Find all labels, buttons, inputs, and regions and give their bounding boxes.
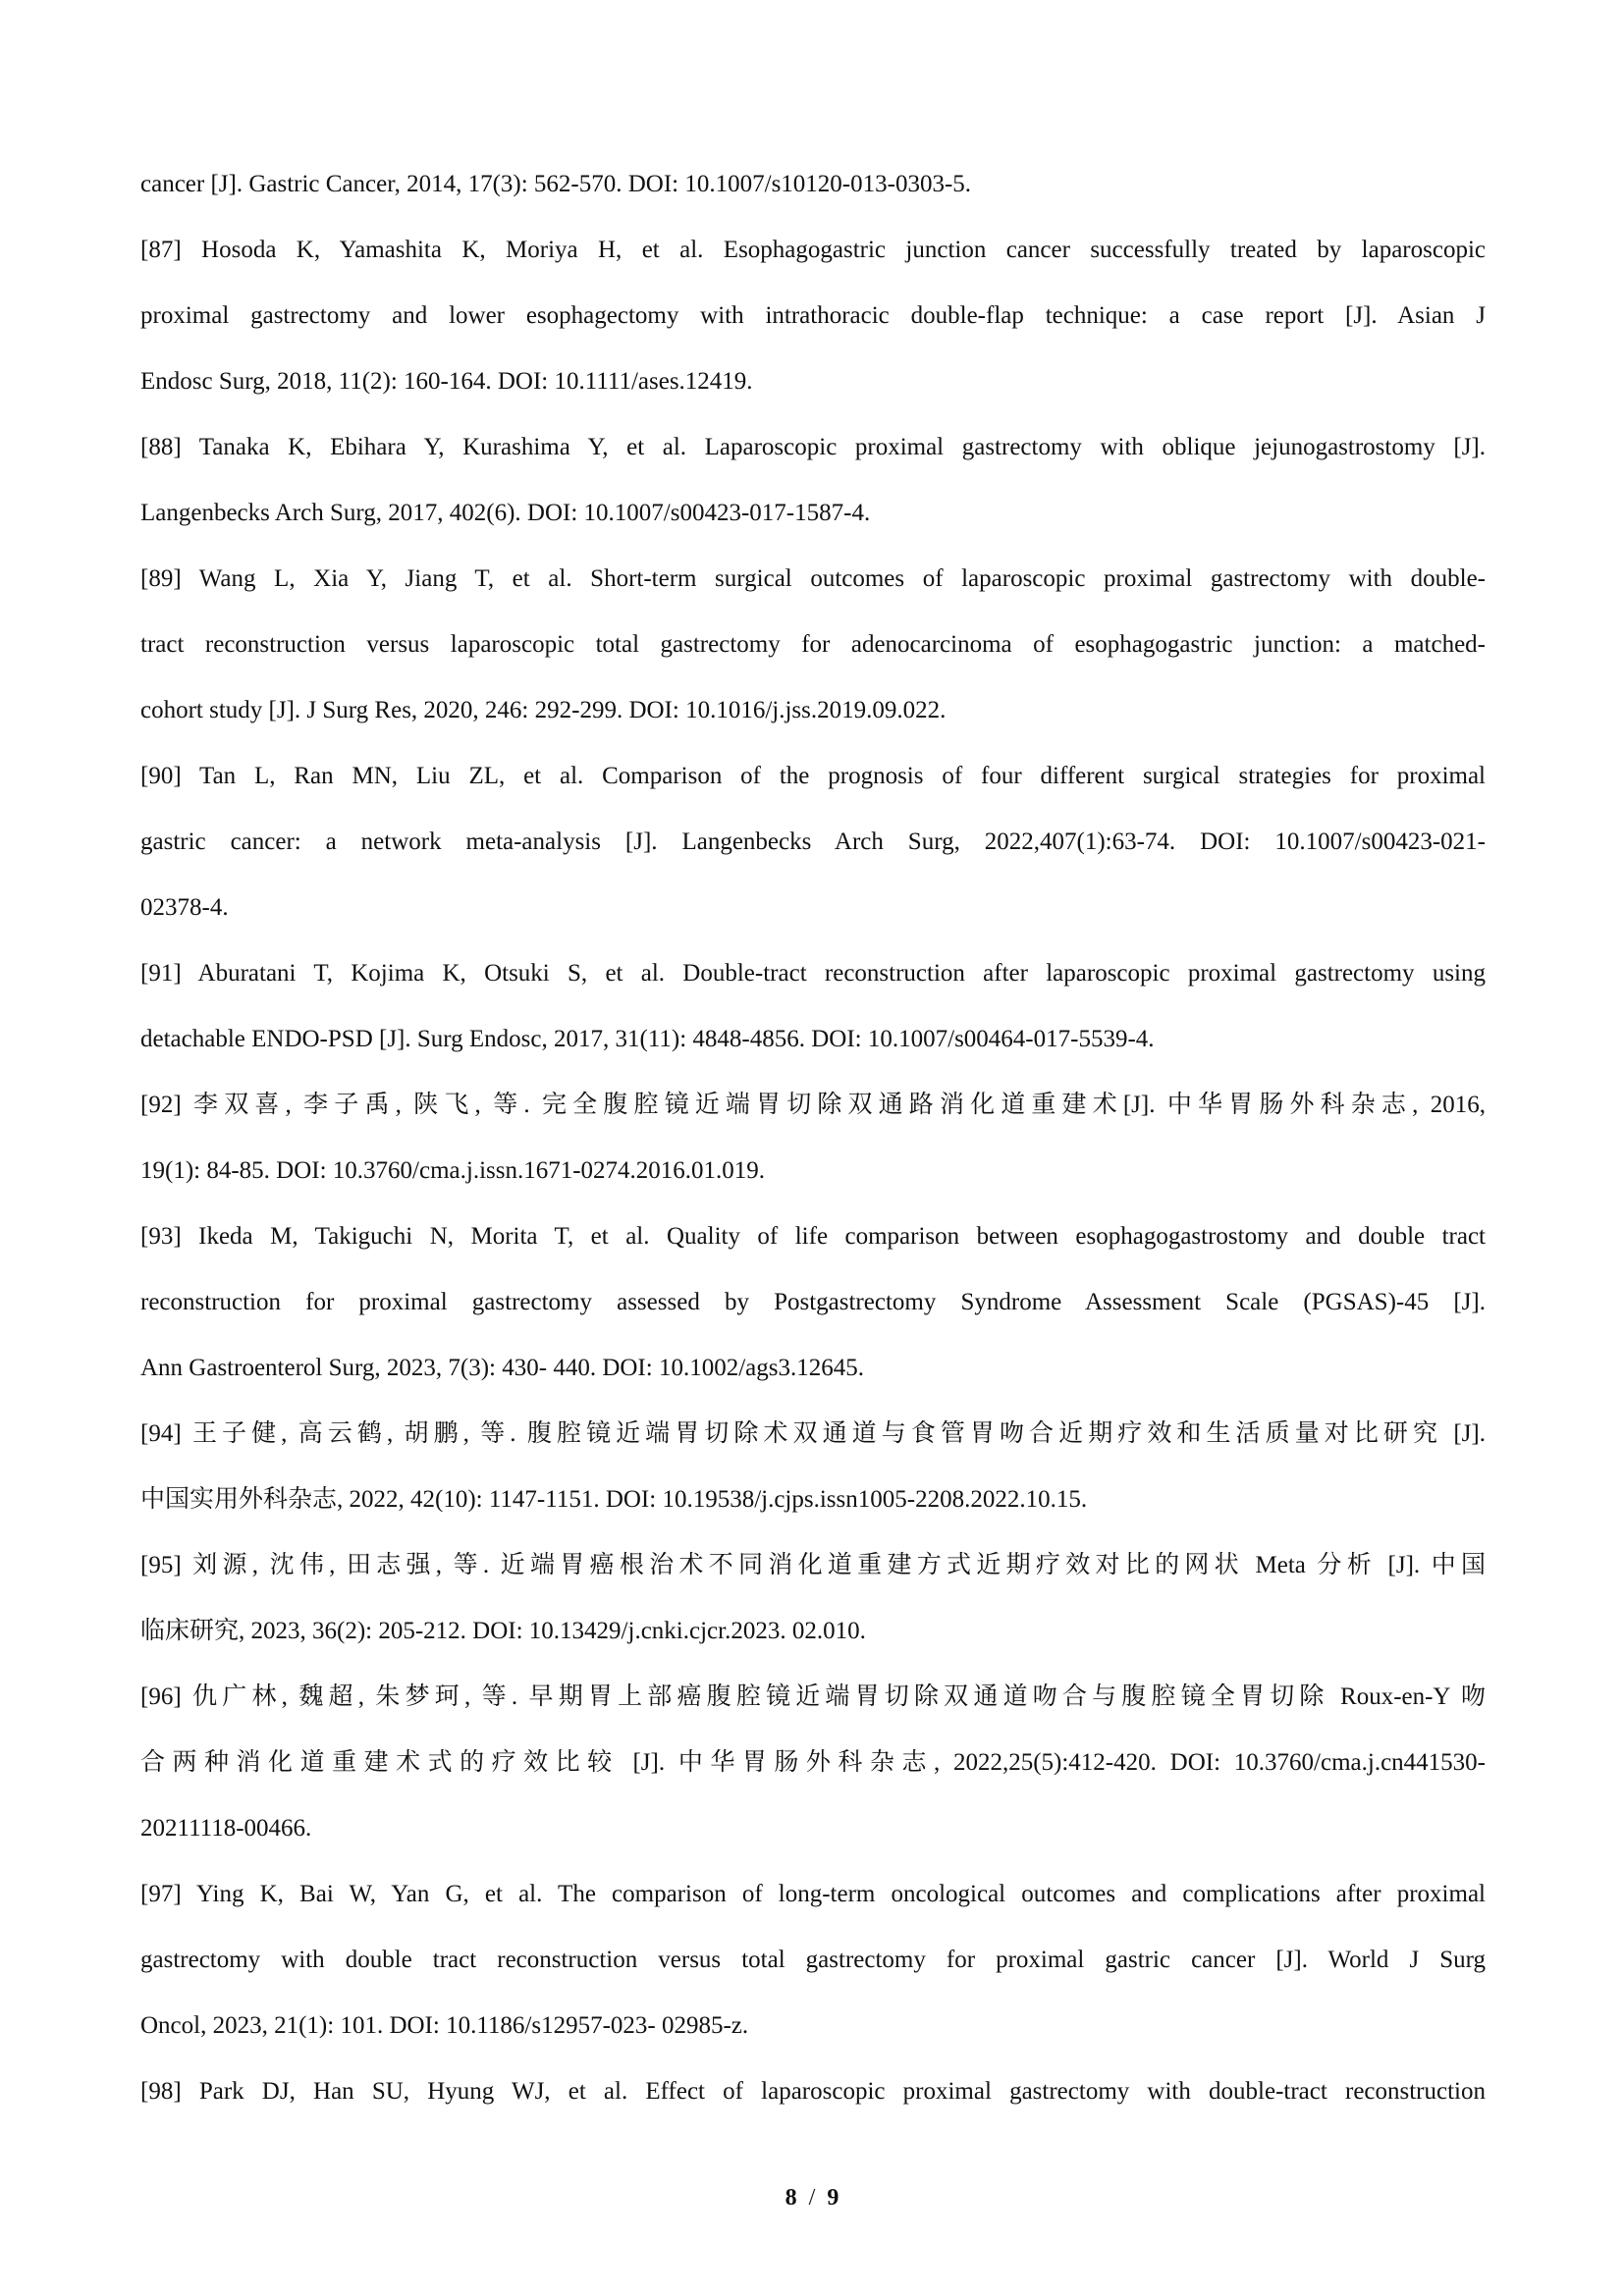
reference-list: cancer [J]. Gastric Cancer, 2014, 17(3):… <box>140 165 1486 2138</box>
page-total: 9 <box>827 2185 839 2211</box>
reference-text: gastrectomy with double tract reconstruc… <box>140 1941 1486 1980</box>
reference-text: [95] 刘源, 沈伟, 田志强, 等. 近端胃癌根治术不同消化道重建方式近期疗… <box>140 1546 1486 1585</box>
reference-line: proximal gastrectomy and lower esophagec… <box>140 296 1486 362</box>
document-page: cancer [J]. Gastric Cancer, 2014, 17(3):… <box>0 0 1624 2296</box>
reference-text: [96] 仇广林, 魏超, 朱梦珂, 等. 早期胃上部癌腹腔镜近端胃切除双通道吻… <box>140 1678 1486 1717</box>
reference-line: [87] Hosoda K, Yamashita K, Moriya H, et… <box>140 231 1486 296</box>
reference-line: 中国实用外科杂志, 2022, 42(10): 1147-1151. DOI: … <box>140 1480 1486 1546</box>
reference-text: Ann Gastroenterol Surg, 2023, 7(3): 430-… <box>140 1349 1486 1388</box>
reference-line: reconstruction for proximal gastrectomy … <box>140 1283 1486 1349</box>
page-current: 8 <box>785 2185 797 2211</box>
reference-text: tract reconstruction versus laparoscopic… <box>140 625 1486 665</box>
reference-text: 02378-4. <box>140 888 1486 928</box>
reference-text: [89] Wang L, Xia Y, Jiang T, et al. Shor… <box>140 560 1486 599</box>
reference-text: [92] 李双喜, 李子禹, 陕飞, 等. 完全腹腔镜近端胃切除双通路消化道重建… <box>140 1086 1486 1125</box>
reference-line: 20211118-00466. <box>140 1809 1486 1875</box>
reference-line: [96] 仇广林, 魏超, 朱梦珂, 等. 早期胃上部癌腹腔镜近端胃切除双通道吻… <box>140 1678 1486 1743</box>
reference-line: 合两种消化道重建术式的疗效比较 [J]. 中华胃肠外科杂志, 2022,25(5… <box>140 1743 1486 1809</box>
reference-text: cohort study [J]. J Surg Res, 2020, 246:… <box>140 691 1486 730</box>
reference-text: [87] Hosoda K, Yamashita K, Moriya H, et… <box>140 231 1486 270</box>
reference-line: gastric cancer: a network meta-analysis … <box>140 823 1486 888</box>
page-separator: / <box>809 2185 816 2211</box>
reference-text: 中国实用外科杂志, 2022, 42(10): 1147-1151. DOI: … <box>140 1480 1486 1520</box>
reference-line: detachable ENDO-PSD [J]. Surg Endosc, 20… <box>140 1020 1486 1086</box>
reference-line: tract reconstruction versus laparoscopic… <box>140 625 1486 691</box>
reference-line: cancer [J]. Gastric Cancer, 2014, 17(3):… <box>140 165 1486 231</box>
reference-text: 19(1): 84-85. DOI: 10.3760/cma.j.issn.16… <box>140 1151 1486 1191</box>
reference-line: Langenbecks Arch Surg, 2017, 402(6). DOI… <box>140 494 1486 560</box>
reference-text: detachable ENDO-PSD [J]. Surg Endosc, 20… <box>140 1020 1486 1059</box>
reference-line: [89] Wang L, Xia Y, Jiang T, et al. Shor… <box>140 560 1486 625</box>
reference-text: gastric cancer: a network meta-analysis … <box>140 823 1486 862</box>
reference-text: [98] Park DJ, Han SU, Hyung WJ, et al. E… <box>140 2072 1486 2111</box>
reference-text: 20211118-00466. <box>140 1809 1486 1848</box>
reference-line: [93] Ikeda M, Takiguchi N, Morita T, et … <box>140 1217 1486 1283</box>
reference-text: [88] Tanaka K, Ebihara Y, Kurashima Y, e… <box>140 428 1486 467</box>
reference-text: proximal gastrectomy and lower esophagec… <box>140 296 1486 336</box>
reference-line: [98] Park DJ, Han SU, Hyung WJ, et al. E… <box>140 2072 1486 2138</box>
reference-text: Endosc Surg, 2018, 11(2): 160-164. DOI: … <box>140 362 1486 401</box>
reference-text: [91] Aburatani T, Kojima K, Otsuki S, et… <box>140 954 1486 993</box>
reference-line: [92] 李双喜, 李子禹, 陕飞, 等. 完全腹腔镜近端胃切除双通路消化道重建… <box>140 1086 1486 1151</box>
reference-line: Oncol, 2023, 21(1): 101. DOI: 10.1186/s1… <box>140 2006 1486 2072</box>
reference-line: 02378-4. <box>140 888 1486 954</box>
reference-text: [97] Ying K, Bai W, Yan G, et al. The co… <box>140 1875 1486 1914</box>
reference-line: 19(1): 84-85. DOI: 10.3760/cma.j.issn.16… <box>140 1151 1486 1217</box>
reference-line: [91] Aburatani T, Kojima K, Otsuki S, et… <box>140 954 1486 1020</box>
reference-text: 合两种消化道重建术式的疗效比较 [J]. 中华胃肠外科杂志, 2022,25(5… <box>140 1743 1486 1783</box>
reference-line: [97] Ying K, Bai W, Yan G, et al. The co… <box>140 1875 1486 1941</box>
reference-line: Endosc Surg, 2018, 11(2): 160-164. DOI: … <box>140 362 1486 428</box>
reference-line: [95] 刘源, 沈伟, 田志强, 等. 近端胃癌根治术不同消化道重建方式近期疗… <box>140 1546 1486 1612</box>
page-number: 8/9 <box>0 2185 1624 2212</box>
reference-line: [88] Tanaka K, Ebihara Y, Kurashima Y, e… <box>140 428 1486 494</box>
reference-text: [90] Tan L, Ran MN, Liu ZL, et al. Compa… <box>140 757 1486 796</box>
reference-text: reconstruction for proximal gastrectomy … <box>140 1283 1486 1322</box>
reference-text: Oncol, 2023, 21(1): 101. DOI: 10.1186/s1… <box>140 2006 1486 2046</box>
reference-text: cancer [J]. Gastric Cancer, 2014, 17(3):… <box>140 165 1486 204</box>
reference-line: cohort study [J]. J Surg Res, 2020, 246:… <box>140 691 1486 757</box>
reference-text: [94] 王子健, 高云鹤, 胡鹏, 等. 腹腔镜近端胃切除术双通道与食管胃吻合… <box>140 1415 1486 1454</box>
reference-line: [90] Tan L, Ran MN, Liu ZL, et al. Compa… <box>140 757 1486 823</box>
reference-line: Ann Gastroenterol Surg, 2023, 7(3): 430-… <box>140 1349 1486 1415</box>
reference-line: gastrectomy with double tract reconstruc… <box>140 1941 1486 2006</box>
reference-text: Langenbecks Arch Surg, 2017, 402(6). DOI… <box>140 494 1486 533</box>
reference-line: [94] 王子健, 高云鹤, 胡鹏, 等. 腹腔镜近端胃切除术双通道与食管胃吻合… <box>140 1415 1486 1480</box>
reference-text: 临床研究, 2023, 36(2): 205-212. DOI: 10.1342… <box>140 1612 1486 1651</box>
reference-text: [93] Ikeda M, Takiguchi N, Morita T, et … <box>140 1217 1486 1256</box>
reference-line: 临床研究, 2023, 36(2): 205-212. DOI: 10.1342… <box>140 1612 1486 1678</box>
